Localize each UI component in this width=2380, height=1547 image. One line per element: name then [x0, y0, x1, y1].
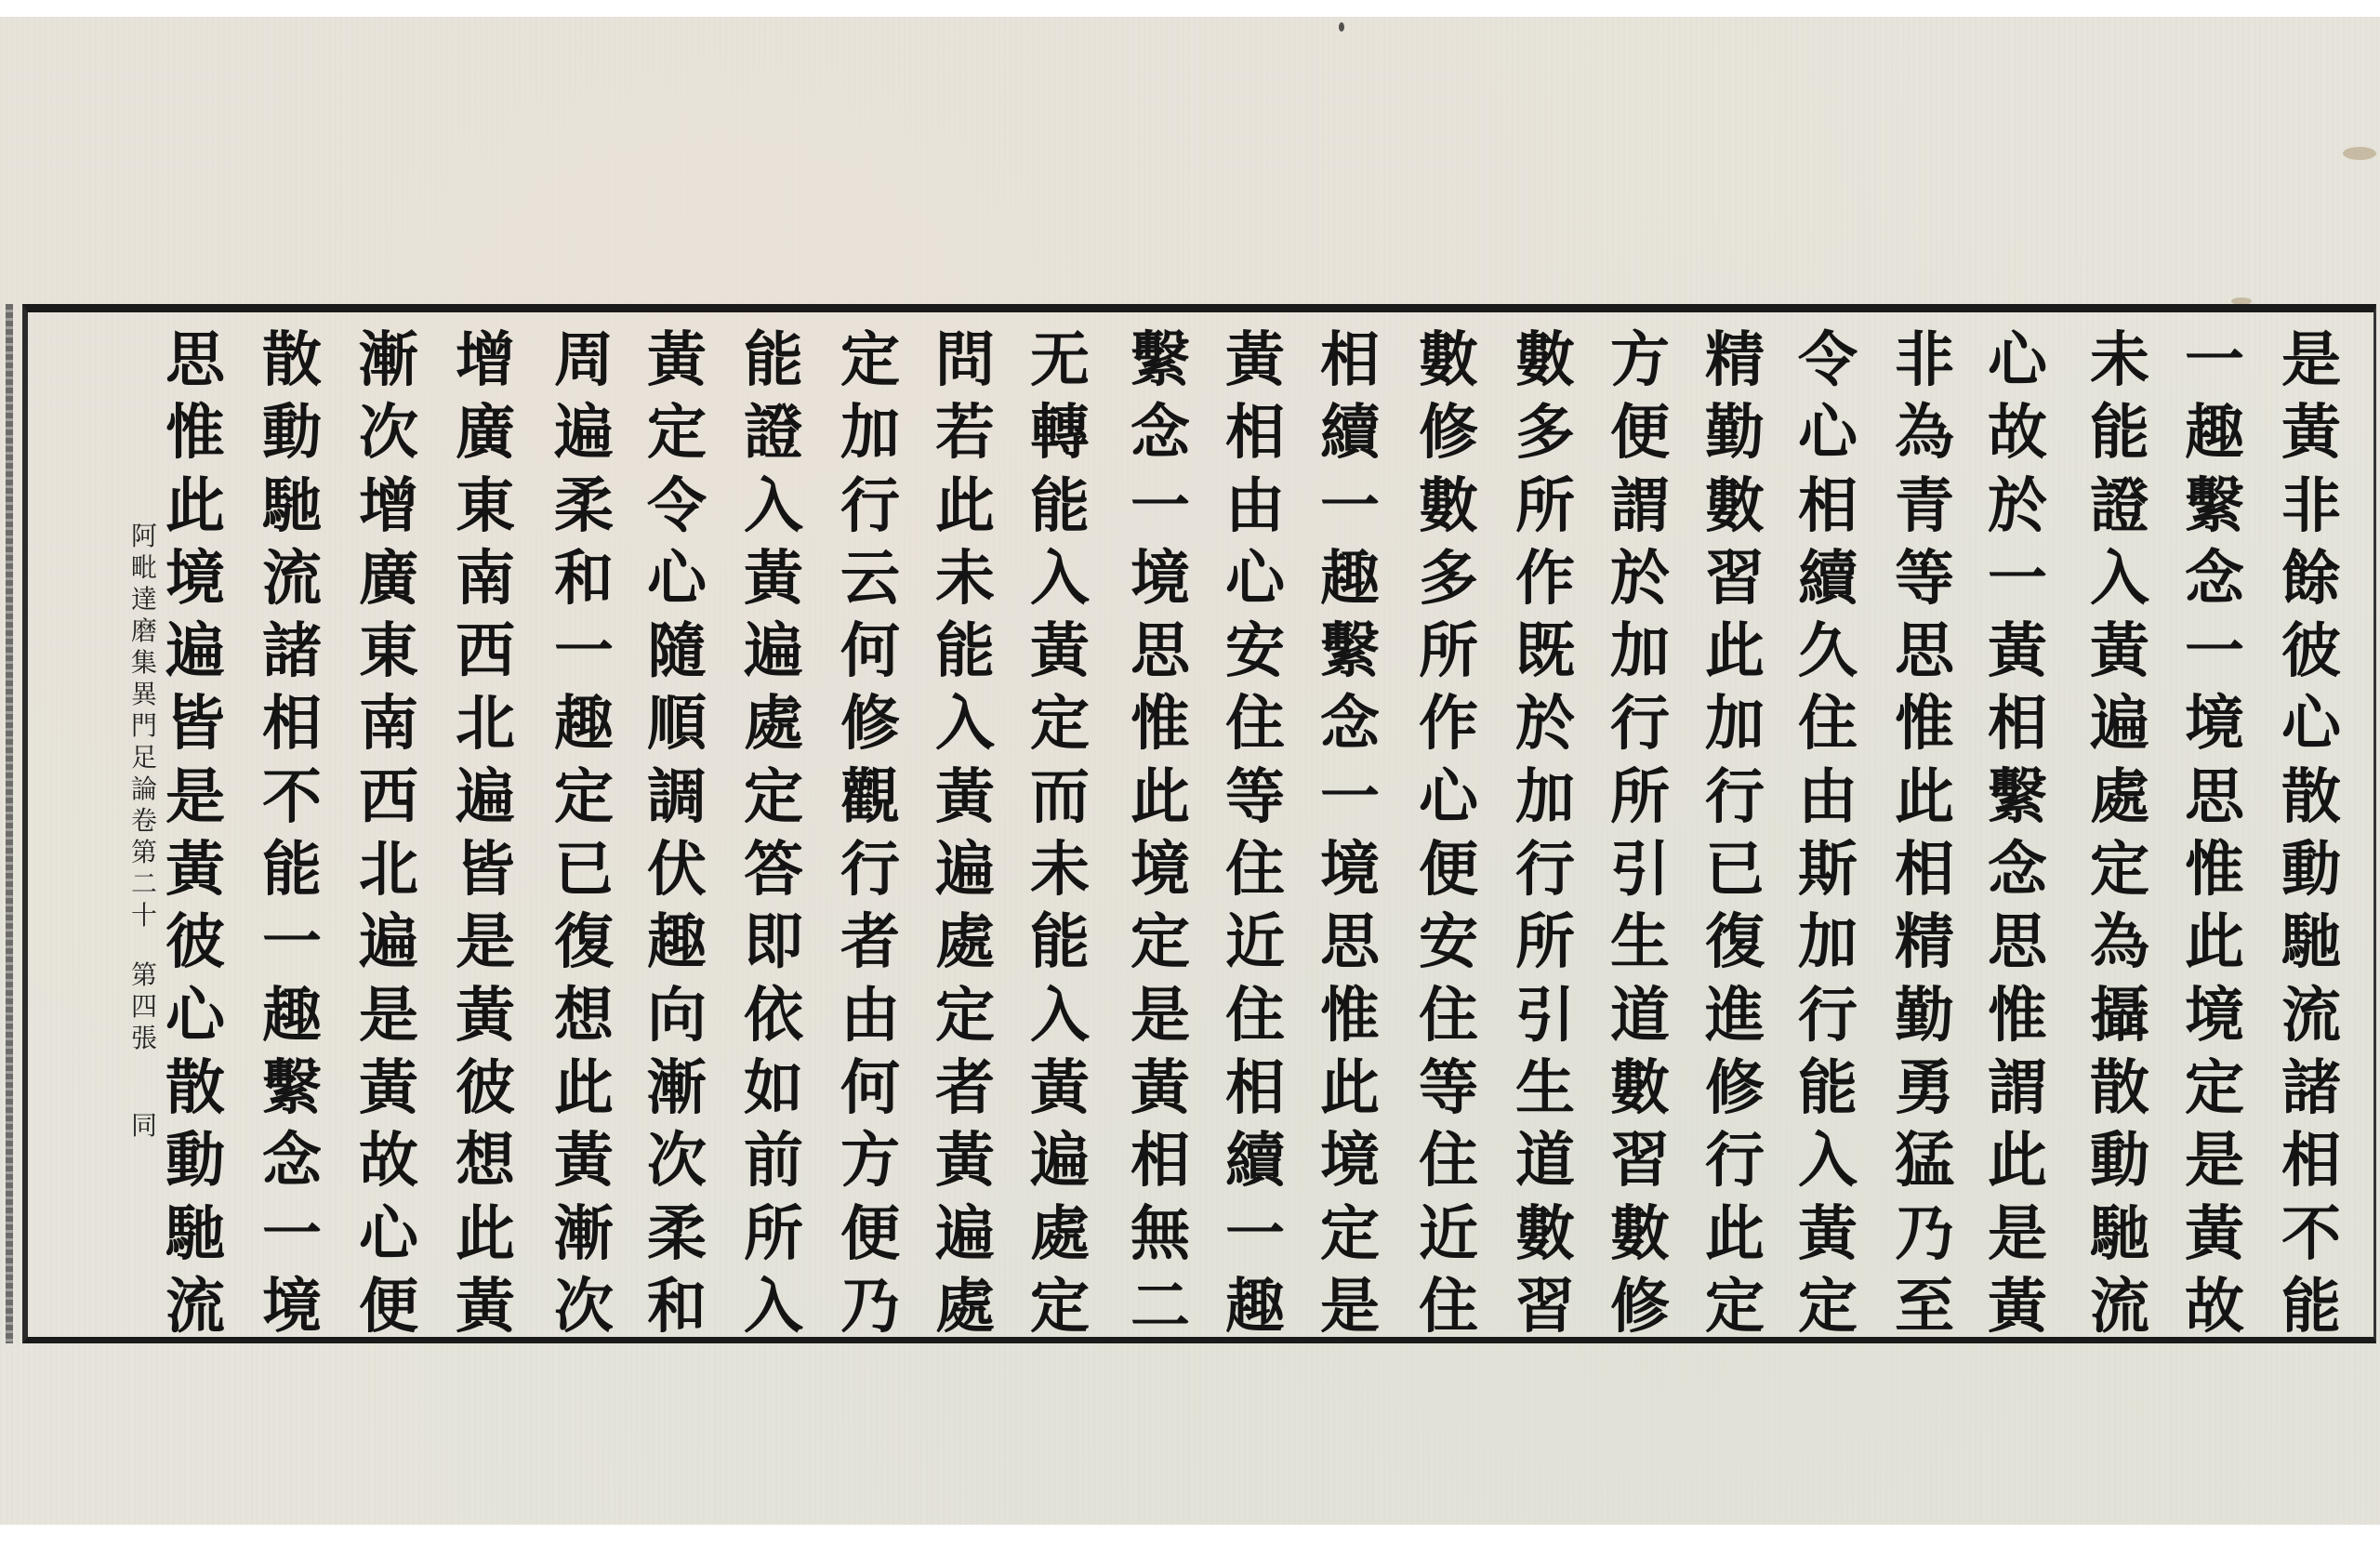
character: 修	[1419, 400, 1478, 467]
text-column: 增廣東南西北遍皆是黃彼想此黃	[446, 327, 524, 1341]
character: 多	[1419, 546, 1478, 613]
character: 住	[1225, 837, 1285, 904]
character: 黃	[1030, 1055, 1090, 1122]
character: 勤	[1895, 983, 1954, 1050]
character: 依	[744, 983, 803, 1050]
character: 作	[1515, 546, 1575, 613]
character: 二	[131, 868, 157, 900]
character: 引	[1515, 983, 1575, 1050]
character: 北	[456, 691, 515, 758]
character: 相	[1320, 327, 1380, 394]
character: 數	[1419, 327, 1478, 394]
character: 次	[647, 1128, 707, 1195]
character: 思	[165, 327, 225, 394]
character: 而	[1030, 764, 1090, 831]
character: 一	[262, 909, 322, 976]
character: 近	[1419, 1201, 1478, 1268]
character: 觀	[840, 764, 900, 831]
character: 黃	[554, 1128, 614, 1195]
character: 遍	[359, 909, 418, 976]
character: 處	[1030, 1201, 1090, 1268]
character: 念	[1320, 691, 1380, 758]
character: 增	[359, 473, 418, 540]
outer-left-border	[6, 304, 13, 1343]
character: 前	[744, 1128, 803, 1195]
character: 未	[935, 546, 995, 613]
character: 磨	[131, 615, 157, 647]
character: 猛	[1895, 1128, 1954, 1195]
character: 非	[1895, 327, 1954, 394]
character: 住	[1225, 691, 1285, 758]
character: 定	[1030, 691, 1090, 758]
character: 境	[2185, 691, 2244, 758]
text-column: 漸次增廣東南西北遍是黃故心便	[350, 327, 428, 1341]
character: 能	[2090, 400, 2149, 467]
character: 惟	[1130, 691, 1190, 758]
character: 思	[1320, 909, 1380, 976]
character: 數	[1515, 327, 1575, 394]
character: 漸	[554, 1201, 614, 1268]
character: 定	[554, 764, 614, 831]
character: 如	[744, 1055, 803, 1122]
character: 此	[1130, 764, 1190, 831]
character: 四	[131, 991, 157, 1023]
character: 此	[1705, 618, 1765, 685]
character: 念	[2185, 546, 2244, 613]
character: 漸	[359, 327, 418, 394]
character: 繫	[1130, 327, 1190, 394]
character: 定	[2185, 1055, 2244, 1122]
character: 定	[840, 327, 900, 394]
character: 動	[165, 1128, 225, 1195]
character: 伏	[647, 837, 707, 904]
character: 由	[1798, 764, 1858, 831]
character: 趣	[2185, 400, 2244, 467]
character: 散	[2281, 764, 2341, 831]
text-column: 精勤數習此加行已復進修行此定	[1696, 327, 1774, 1341]
character: 馳	[262, 473, 322, 540]
character: 安	[1225, 618, 1285, 685]
character: 調	[647, 764, 707, 831]
character: 能	[1030, 473, 1090, 540]
character: 馳	[165, 1201, 225, 1268]
character: 黃	[1988, 618, 2047, 685]
character: 答	[744, 837, 803, 904]
character: 思	[1988, 909, 2047, 976]
character: 此	[165, 473, 225, 540]
character: 散	[2090, 1055, 2149, 1122]
character: 馳	[2281, 909, 2341, 976]
character: 行	[1705, 764, 1765, 831]
character: 生	[1610, 909, 1670, 976]
character: 定	[1130, 909, 1190, 976]
character: 故	[2185, 1274, 2244, 1341]
margin-note-sheet-number: 第四張	[131, 959, 157, 1054]
margin-note-title-vertical: 阿毗達磨集異門足論卷第二十	[131, 521, 157, 932]
character: 念	[1130, 400, 1190, 467]
character: 一	[2185, 327, 2244, 394]
character: 復	[1705, 909, 1765, 976]
character: 黃	[456, 983, 515, 1050]
character: 黃	[1030, 618, 1090, 685]
character: 勤	[1705, 400, 1765, 467]
character: 習	[1610, 1128, 1670, 1195]
margin-note: 阿毗達磨集異門足論卷第二十 阿毗達磨集異門足論卷第二十 第四張 同	[126, 521, 163, 1339]
character: 加	[840, 400, 900, 467]
character: 阿	[131, 521, 157, 552]
character: 便	[1419, 837, 1478, 904]
character: 所	[744, 1201, 803, 1268]
character: 此	[1320, 1055, 1380, 1122]
character: 者	[840, 909, 900, 976]
character: 住	[1419, 1128, 1478, 1195]
character: 惟	[165, 400, 225, 467]
character: 心	[1988, 327, 2047, 394]
character: 動	[2281, 837, 2341, 904]
character: 十	[131, 900, 157, 932]
character: 動	[2090, 1128, 2149, 1195]
blank-upper-margin	[0, 17, 2380, 314]
character: 皆	[165, 691, 225, 758]
character: 心	[2281, 691, 2341, 758]
character: 心	[647, 546, 707, 613]
character: 相	[262, 691, 322, 758]
character: 久	[1798, 618, 1858, 685]
character: 此	[935, 473, 995, 540]
character: 定	[935, 983, 995, 1050]
character: 趣	[647, 909, 707, 976]
character: 生	[1515, 1055, 1575, 1122]
character: 行	[840, 837, 900, 904]
text-column: 是黃非餘彼心散動馳流諸相不能	[2272, 327, 2350, 1341]
text-column: 思惟此境遍皆是黃彼心散動馳流	[156, 327, 234, 1341]
character: 於	[1610, 546, 1670, 613]
character: 所	[1419, 618, 1478, 685]
character: 心	[1798, 400, 1858, 467]
character: 入	[1030, 546, 1090, 613]
character: 復	[554, 909, 614, 976]
character: 處	[744, 691, 803, 758]
character: 入	[744, 473, 803, 540]
character: 遍	[456, 764, 515, 831]
character: 隨	[647, 618, 707, 685]
character: 引	[1610, 837, 1670, 904]
character: 乃	[840, 1274, 900, 1341]
character: 是	[2281, 327, 2341, 394]
character: 繫	[1988, 764, 2047, 831]
character: 等	[1895, 546, 1954, 613]
character: 何	[840, 1055, 900, 1122]
character: 精	[1705, 327, 1765, 394]
character: 轉	[1030, 400, 1090, 467]
character: 便	[359, 1274, 418, 1341]
character: 境	[1320, 837, 1380, 904]
text-column: 黃相由心安住等住近住相續一趣	[1216, 327, 1294, 1341]
character: 能	[2281, 1274, 2341, 1341]
character: 諸	[262, 618, 322, 685]
character: 二	[1130, 1274, 1190, 1341]
character: 令	[1798, 327, 1858, 394]
text-column: 一趣繫念一境思惟此境定是黃故	[2175, 327, 2254, 1341]
text-column: 定加行云何修觀行者由何方便乃	[831, 327, 909, 1341]
character: 一	[554, 618, 614, 685]
character: 道	[1515, 1128, 1575, 1195]
character: 此	[554, 1055, 614, 1122]
character: 行	[1515, 837, 1575, 904]
character: 數	[1419, 473, 1478, 540]
text-column: 能證入黃遍處定答即依如前所入	[734, 327, 813, 1341]
character: 惟	[1988, 983, 2047, 1050]
character: 行	[1610, 691, 1670, 758]
character: 門	[131, 710, 157, 742]
character: 卷	[131, 805, 157, 837]
character: 周	[554, 327, 614, 394]
character: 北	[359, 837, 418, 904]
character: 次	[359, 400, 418, 467]
character: 向	[647, 983, 707, 1050]
character: 此	[2185, 909, 2244, 976]
character: 相	[1895, 837, 1954, 904]
character: 定	[1798, 1274, 1858, 1341]
character: 者	[935, 1055, 995, 1122]
character: 入	[1030, 983, 1090, 1050]
character: 數	[1705, 473, 1765, 540]
character: 問	[935, 327, 995, 394]
character: 攝	[2090, 983, 2149, 1050]
character: 精	[1895, 909, 1954, 976]
character: 柔	[554, 473, 614, 540]
character: 馳	[2090, 1201, 2149, 1268]
character: 散	[262, 327, 322, 394]
character: 漸	[647, 1055, 707, 1122]
character: 彼	[165, 909, 225, 976]
character: 惟	[2185, 837, 2244, 904]
character: 境	[262, 1274, 322, 1341]
character: 一	[262, 1201, 322, 1268]
character: 黃	[1988, 1274, 2047, 1341]
character: 定	[2090, 837, 2149, 904]
character: 境	[2185, 983, 2244, 1050]
character: 行	[1798, 983, 1858, 1050]
character: 能	[1030, 909, 1090, 976]
character: 入	[1798, 1128, 1858, 1195]
character: 令	[647, 473, 707, 540]
character: 黃	[2185, 1201, 2244, 1268]
character: 入	[935, 691, 995, 758]
character: 第	[131, 959, 157, 991]
character: 若	[935, 400, 995, 467]
character: 故	[1988, 400, 2047, 467]
character: 近	[1225, 909, 1285, 976]
character: 修	[1705, 1055, 1765, 1122]
character: 境	[165, 546, 225, 613]
character: 不	[262, 764, 322, 831]
character: 彼	[456, 1055, 515, 1122]
character: 數	[1610, 1055, 1670, 1122]
character: 一	[1320, 764, 1380, 831]
character: 思	[2185, 764, 2244, 831]
character: 一	[2185, 618, 2244, 685]
paper-fleck	[1339, 22, 1344, 32]
paper-fleck	[2343, 147, 2376, 160]
character: 住	[1225, 983, 1285, 1050]
character: 相	[2281, 1128, 2341, 1195]
character: 等	[1225, 764, 1285, 831]
character: 是	[456, 909, 515, 976]
character: 已	[554, 837, 614, 904]
character: 同	[131, 1110, 157, 1142]
character: 南	[359, 691, 418, 758]
character: 住	[1798, 691, 1858, 758]
character: 相	[1225, 400, 1285, 467]
character: 遍	[935, 1201, 995, 1268]
character: 念	[262, 1128, 322, 1195]
character: 此	[1988, 1128, 2047, 1195]
text-column: 數修數多所作心便安住等住近住	[1409, 327, 1487, 1341]
character: 念	[1988, 837, 2047, 904]
character: 謂	[1610, 473, 1670, 540]
character: 便	[1610, 400, 1670, 467]
character: 流	[262, 546, 322, 613]
character: 趣	[554, 691, 614, 758]
character: 張	[131, 1023, 157, 1054]
character: 惟	[1320, 983, 1380, 1050]
character: 黃	[1225, 327, 1285, 394]
character: 斯	[1798, 837, 1858, 904]
character: 皆	[456, 837, 515, 904]
character: 黃	[2090, 618, 2149, 685]
character: 是	[1130, 983, 1190, 1050]
character: 證	[744, 400, 803, 467]
character: 習	[1515, 1274, 1575, 1341]
character: 修	[1610, 1274, 1670, 1341]
character: 相	[1130, 1128, 1190, 1195]
character: 無	[1130, 1201, 1190, 1268]
character: 相	[1988, 691, 2047, 758]
character: 思	[1130, 618, 1190, 685]
character: 多	[1515, 400, 1575, 467]
character: 等	[1419, 1055, 1478, 1122]
character: 一	[1130, 473, 1190, 540]
character: 至	[1895, 1274, 1954, 1341]
character: 動	[262, 400, 322, 467]
character: 趣	[1225, 1274, 1285, 1341]
character: 黃	[744, 546, 803, 613]
character: 加	[1798, 909, 1858, 976]
character: 便	[840, 1201, 900, 1268]
character: 黃	[359, 1055, 418, 1122]
character: 心	[1419, 764, 1478, 831]
character: 黃	[1798, 1201, 1858, 1268]
text-column: 方便謂於加行所引生道數習數修	[1601, 327, 1679, 1341]
character: 是	[359, 983, 418, 1050]
text-column: 非為青等思惟此相精勤勇猛乃至	[1885, 327, 1963, 1341]
character: 次	[554, 1274, 614, 1341]
character: 遍	[1030, 1128, 1090, 1195]
character: 住	[1419, 983, 1478, 1050]
character: 境	[1130, 837, 1190, 904]
character: 數	[1610, 1201, 1670, 1268]
margin-note-mark: 同	[131, 1110, 157, 1142]
character: 續	[1320, 400, 1380, 467]
character: 能	[744, 327, 803, 394]
character: 境	[1130, 546, 1190, 613]
character: 東	[359, 618, 418, 685]
character: 一	[1225, 1201, 1285, 1268]
character: 西	[456, 618, 515, 685]
character: 能	[935, 618, 995, 685]
text-column: 繫念一境思惟此境定是黃相無二	[1121, 327, 1199, 1341]
character: 不	[2281, 1201, 2341, 1268]
character: 餘	[2281, 546, 2341, 613]
character: 作	[1419, 691, 1478, 758]
character: 加	[1610, 618, 1670, 685]
character: 心	[165, 983, 225, 1050]
character: 續	[1225, 1128, 1285, 1195]
character: 黃	[1130, 1055, 1190, 1122]
character: 進	[1705, 983, 1765, 1050]
character: 入	[744, 1274, 803, 1341]
character: 流	[2090, 1274, 2149, 1341]
character: 想	[554, 983, 614, 1050]
character: 遍	[744, 618, 803, 685]
text-column: 黃定令心隨順調伏趣向漸次柔和	[638, 327, 716, 1341]
character: 思	[1895, 618, 1954, 685]
character: 定	[1705, 1274, 1765, 1341]
character: 定	[1320, 1201, 1380, 1268]
character: 和	[647, 1274, 707, 1341]
character: 此	[1705, 1201, 1765, 1268]
character: 境	[1320, 1128, 1380, 1195]
character: 无	[1030, 327, 1090, 394]
character: 能	[262, 837, 322, 904]
character: 論	[131, 773, 157, 805]
character: 乃	[1895, 1201, 1954, 1268]
character: 處	[2090, 764, 2149, 831]
character: 非	[2281, 473, 2341, 540]
character: 謂	[1988, 1055, 2047, 1122]
character: 達	[131, 584, 157, 615]
character: 黃	[165, 837, 225, 904]
character: 未	[1030, 837, 1090, 904]
character: 為	[1895, 400, 1954, 467]
text-column: 周遍柔和一趣定已復想此黃漸次	[545, 327, 623, 1341]
character: 習	[1705, 546, 1765, 613]
character: 趣	[262, 983, 322, 1050]
character: 遍	[935, 837, 995, 904]
character: 增	[456, 327, 515, 394]
text-column: 相續一趣繫念一境思惟此境定是	[1311, 327, 1389, 1341]
character: 廣	[456, 400, 515, 467]
character: 於	[1515, 691, 1575, 758]
character: 和	[554, 546, 614, 613]
character: 方	[840, 1128, 900, 1195]
text-column: 問若此未能入黃遍處定者黃遍處	[926, 327, 1004, 1341]
character: 南	[456, 546, 515, 613]
character: 為	[2090, 909, 2149, 976]
text-column: 无轉能入黃定而未能入黃遍處定	[1021, 327, 1099, 1341]
character: 足	[131, 742, 157, 773]
character: 心	[1225, 546, 1285, 613]
character: 所	[1515, 473, 1575, 540]
character: 此	[1895, 764, 1954, 831]
character: 已	[1705, 837, 1765, 904]
character: 處	[935, 1274, 995, 1341]
character: 心	[359, 1201, 418, 1268]
character: 道	[1610, 983, 1670, 1050]
character: 集	[131, 647, 157, 679]
character: 想	[456, 1128, 515, 1195]
